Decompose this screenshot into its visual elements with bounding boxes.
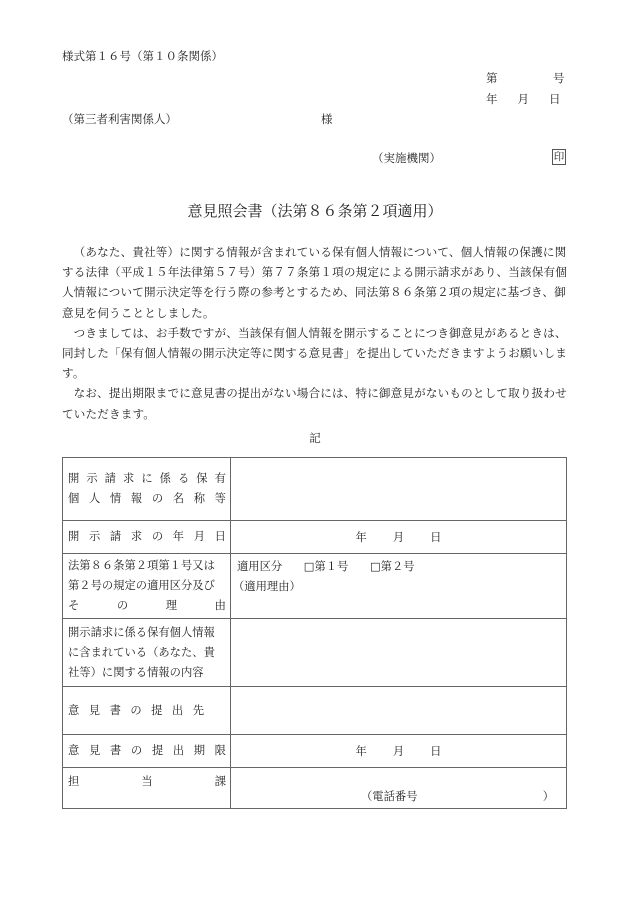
- submit-to-field[interactable]: [231, 687, 567, 735]
- label-char: 月: [194, 527, 205, 547]
- row-label-info-name: 開示請求に係る保有 個人情報の名称等: [63, 458, 231, 521]
- day-label: 日: [549, 91, 561, 107]
- label-char: 称: [194, 489, 205, 509]
- department-field[interactable]: （電話番号 ）: [231, 768, 567, 809]
- label-char: 請: [110, 527, 121, 547]
- table-row: 法第８６条第２項第１号又は 第２号の規定の適用区分及び その理由 適用区分 □第…: [63, 554, 567, 619]
- label-char: 課: [215, 772, 226, 792]
- label-char: の: [131, 741, 142, 761]
- label-char: 担: [68, 772, 79, 792]
- phone-close: ）: [543, 788, 554, 804]
- label-char: 理: [166, 596, 177, 616]
- table-row: 開示請求の年月日 年月日: [63, 521, 567, 554]
- label-char: の: [152, 489, 163, 509]
- info-name-field[interactable]: [231, 458, 567, 521]
- issue-date: 年月日: [486, 91, 561, 107]
- label-char: 提: [152, 741, 163, 761]
- month-label: 月: [518, 91, 530, 107]
- label-char: の: [152, 527, 163, 547]
- label-char: 由: [215, 596, 226, 616]
- label-char: 書: [110, 741, 121, 761]
- option-2-checkbox[interactable]: □第２号: [370, 560, 415, 573]
- label-char: 限: [215, 741, 226, 761]
- label-char: 見: [89, 741, 100, 761]
- label-char: 年: [173, 527, 184, 547]
- label-char: 保: [196, 469, 207, 489]
- form-number: 様式第１６号（第１０条関係）: [62, 48, 223, 64]
- label-char: 求: [131, 527, 142, 547]
- info-content-field[interactable]: [231, 619, 567, 687]
- recipient-label: （第三者利害関係人）: [62, 111, 177, 127]
- label-char: 日: [215, 527, 226, 547]
- reason-label: （適用理由）: [231, 577, 566, 597]
- label-char: 名: [173, 489, 184, 509]
- paragraph: つきましては、お手数ですが、当該保有個人情報を開示することにつき御意見があるとき…: [62, 323, 567, 384]
- year-label: 年: [486, 91, 498, 107]
- label-char: に: [141, 469, 152, 489]
- label-char: 示: [89, 527, 100, 547]
- label-char: 意: [68, 741, 79, 761]
- label-char: 等: [215, 489, 226, 509]
- label-char: 係: [160, 469, 171, 489]
- label-char: 書: [110, 701, 121, 721]
- label-char: の: [130, 701, 141, 721]
- deadline-field[interactable]: 年月日: [231, 735, 567, 768]
- row-label-submit-to: 意見書の提出先: [63, 687, 231, 735]
- table-row: 開示請求に係る保有 個人情報の名称等: [63, 458, 567, 521]
- request-date-field[interactable]: 年月日: [231, 521, 567, 554]
- table-row: 意見書の提出期限 年月日: [63, 735, 567, 768]
- label-char: 報: [131, 489, 142, 509]
- label-char: 求: [123, 469, 134, 489]
- label-char: 当: [141, 772, 152, 792]
- document-title: 意見照会書（法第８６条第２項適用）: [0, 200, 630, 221]
- honorific: 様: [321, 111, 333, 127]
- label-char: 先: [193, 701, 204, 721]
- paragraph: （あなた、貴社等）に関する情報が含まれている保有個人情報について、個人情報の保護…: [62, 242, 567, 323]
- seal-box: 印: [552, 149, 566, 165]
- label-char: 情: [110, 489, 121, 509]
- label-char: 人: [89, 489, 100, 509]
- label-char: 示: [86, 469, 97, 489]
- row-label-deadline: 意見書の提出期限: [63, 735, 231, 768]
- label-char: る: [178, 469, 189, 489]
- label-char: 請: [105, 469, 116, 489]
- label-char: 開: [68, 527, 79, 547]
- document-number-suffix: 号: [553, 70, 565, 86]
- option-1-checkbox[interactable]: □第１号: [304, 560, 349, 573]
- row-label-info-content: 開示請求に係る保有個人情報 に含まれている（あなた、貴 社等）に関する情報の内容: [63, 619, 231, 687]
- label-char: 有: [215, 469, 226, 489]
- table-row: 意見書の提出先: [63, 687, 567, 735]
- document-number-prefix: 第: [486, 70, 498, 86]
- row-label-request-date: 開示請求の年月日: [63, 521, 231, 554]
- label-char: 期: [194, 741, 205, 761]
- label-char: 見: [89, 701, 100, 721]
- phone-label: （電話番号: [361, 788, 418, 804]
- category-label: 適用区分: [237, 560, 282, 573]
- category-field: 適用区分 □第１号 □第２号 （適用理由）: [231, 554, 567, 619]
- table-row: 担当課 （電話番号 ）: [63, 768, 567, 809]
- body-text: （あなた、貴社等）に関する情報が含まれている保有個人情報について、個人情報の保護…: [62, 242, 567, 424]
- label-char: 出: [173, 741, 184, 761]
- details-table: 開示請求に係る保有 個人情報の名称等 開示請求の年月日 年月日 法第８６条第２項…: [62, 457, 567, 809]
- label-char: そ: [68, 596, 79, 616]
- table-row: 開示請求に係る保有個人情報 に含まれている（あなた、貴 社等）に関する情報の内容: [63, 619, 567, 687]
- ki-heading: 記: [0, 430, 630, 446]
- label-char: 意: [68, 701, 79, 721]
- issuer-label: （実施機関）: [372, 150, 441, 166]
- row-label-department: 担当課: [63, 768, 231, 809]
- label-char: 個: [68, 489, 79, 509]
- label-char: 出: [172, 701, 183, 721]
- paragraph: なお、提出期限までに意見書の提出がない場合には、特に御意見がないものとして取り扱…: [62, 383, 567, 423]
- row-label-category: 法第８６条第２項第１号又は 第２号の規定の適用区分及び その理由: [63, 554, 231, 619]
- label-char: 提: [151, 701, 162, 721]
- label-char: 開: [68, 469, 79, 489]
- label-char: の: [117, 596, 128, 616]
